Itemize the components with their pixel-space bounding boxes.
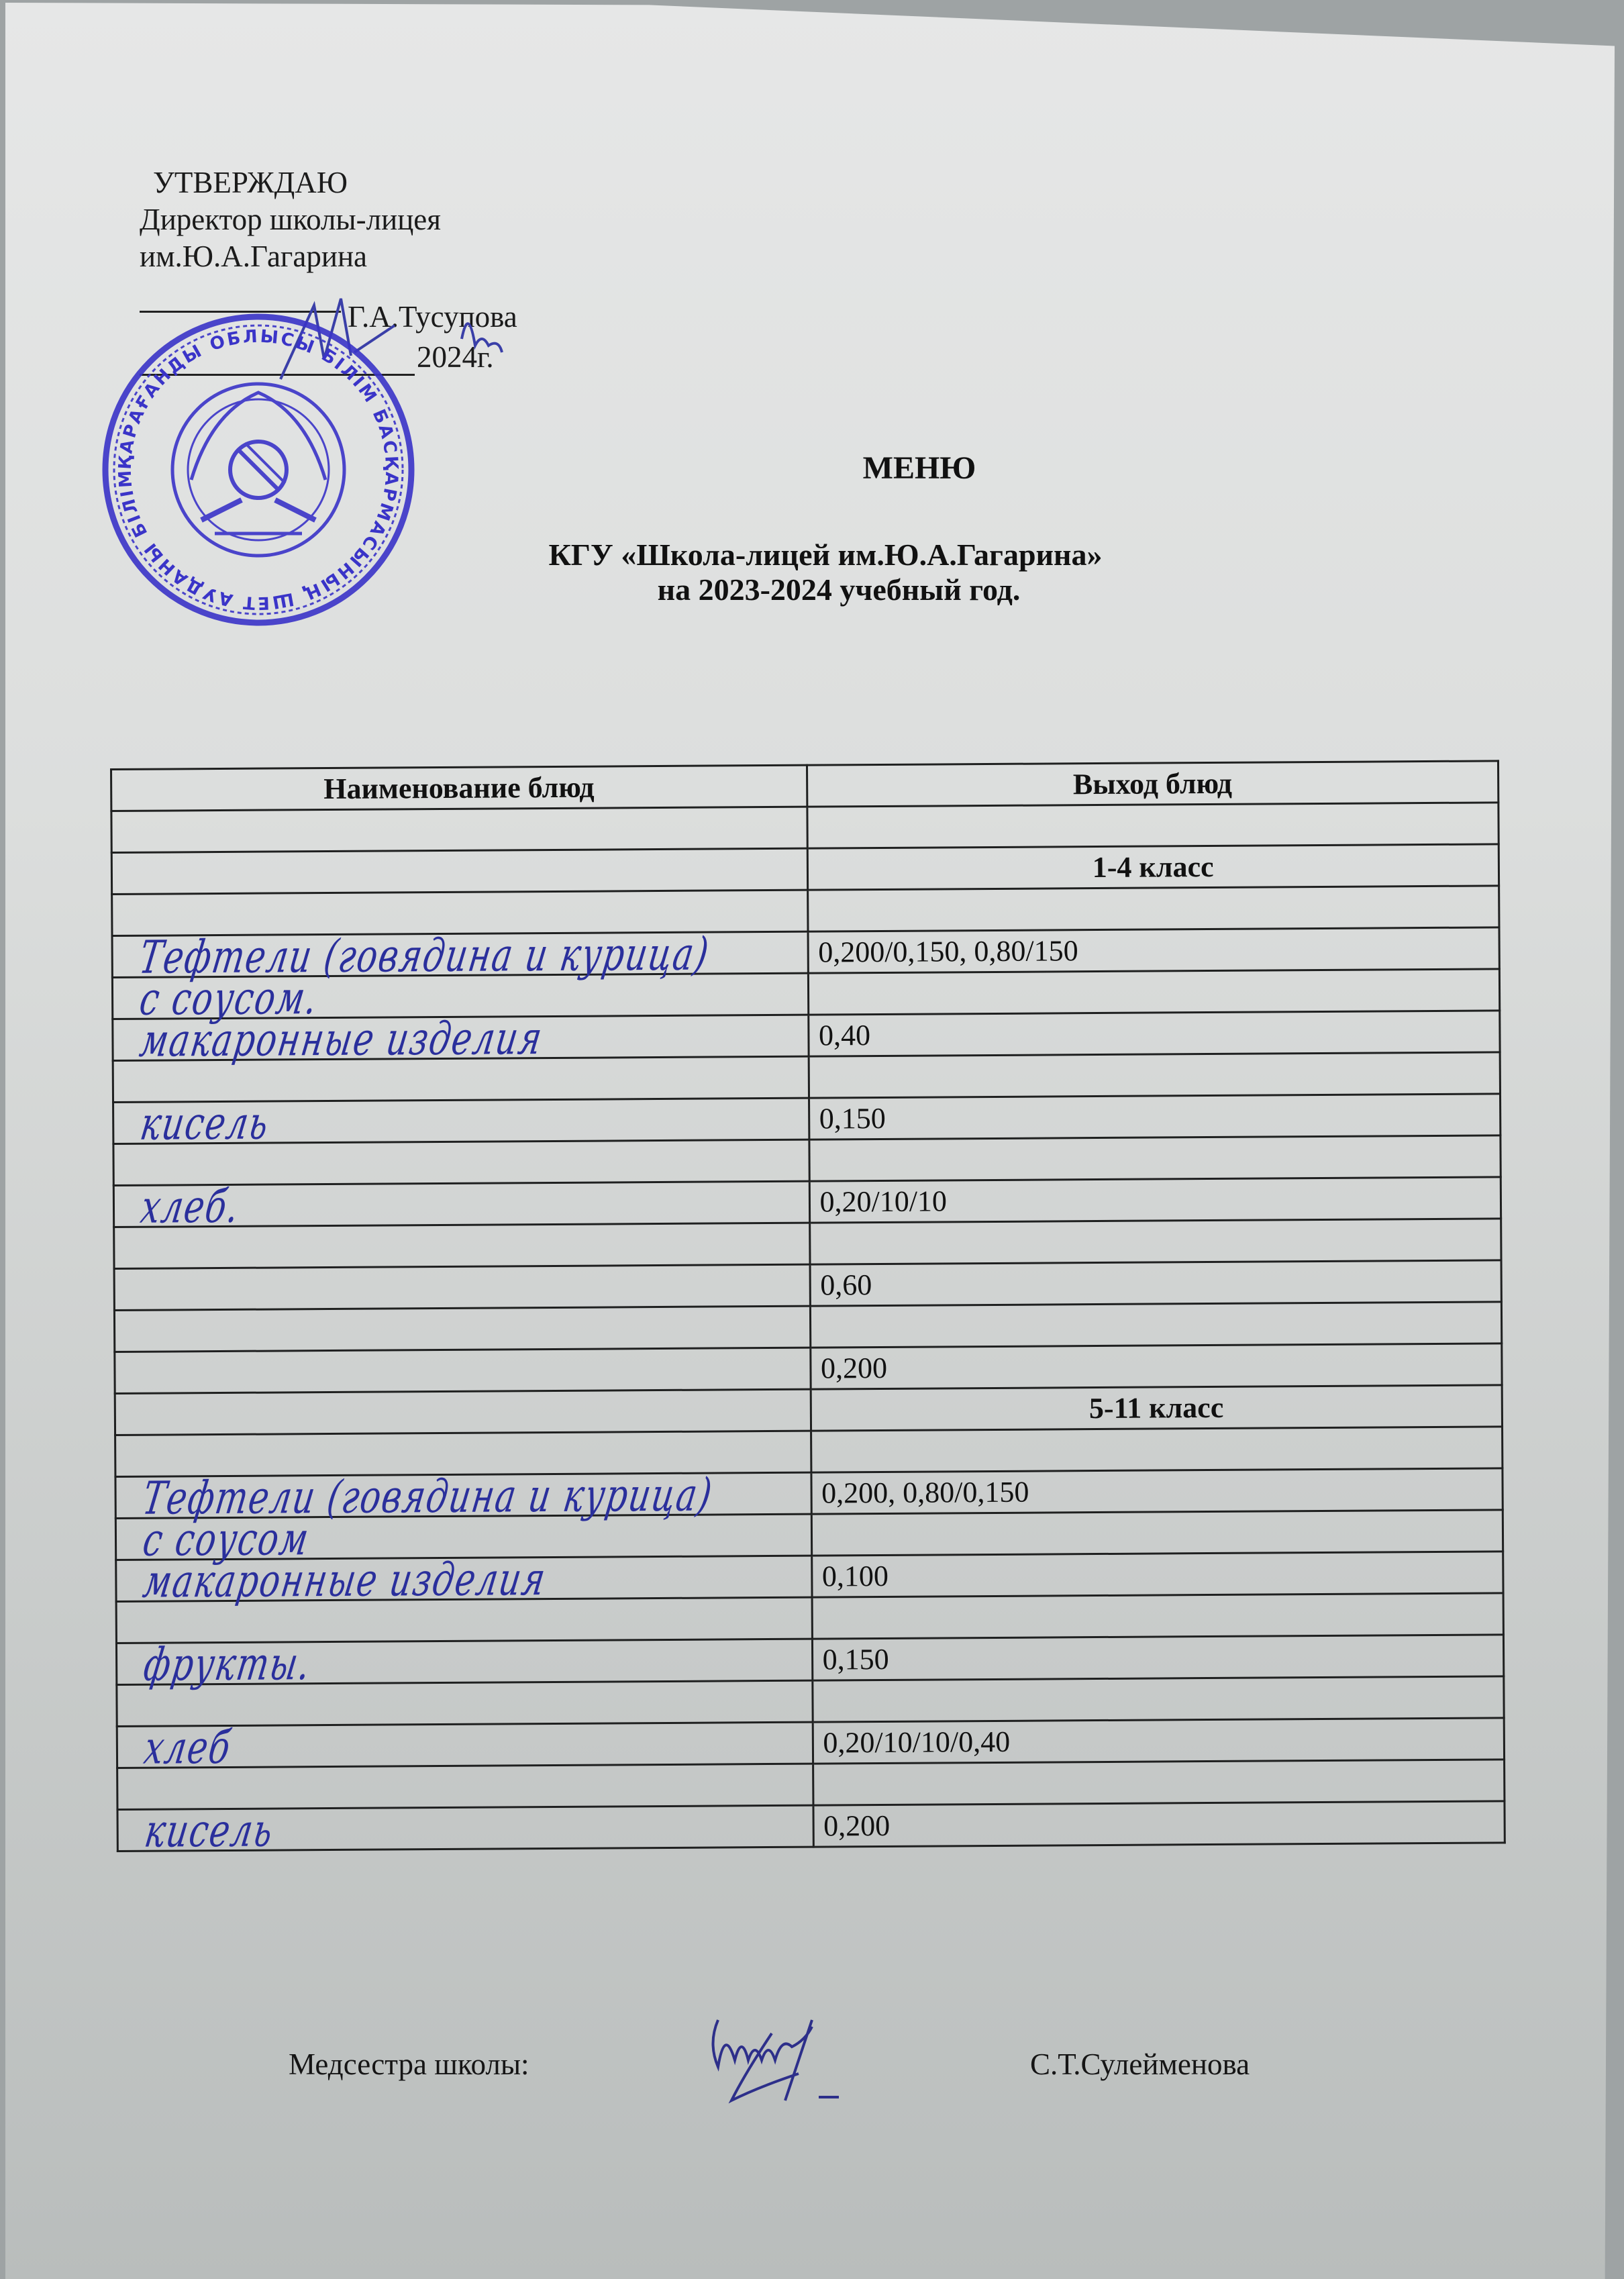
- dish-name-cell: кисель: [113, 1098, 809, 1144]
- dish-name-cell: хлеб.: [113, 1181, 809, 1227]
- portion-cell: [807, 886, 1499, 931]
- dish-name-cell: [111, 848, 807, 894]
- grade-group-label: 5-11 класс: [811, 1385, 1503, 1431]
- portion-cell: [808, 969, 1500, 1015]
- approval-heading: УТВЕРЖДАЮ: [140, 164, 441, 201]
- handwritten-dish-name: хлеб.: [138, 1180, 244, 1233]
- nurse-label: Медсестра школы:: [289, 2047, 529, 2082]
- approval-block: УТВЕРЖДАЮ Директор школы-лицея им.Ю.А.Га…: [140, 164, 441, 275]
- director-position-line2: им.Ю.А.Гагарина: [140, 238, 441, 275]
- portion-cell: [812, 1593, 1504, 1639]
- dish-name-cell: макаронные изделия: [116, 1556, 812, 1601]
- portion-cell: 0,20/10/10: [809, 1177, 1501, 1223]
- menu-table: Наименование блюд Выход блюд 1-4 классТе…: [110, 760, 1506, 1852]
- column-header-dish-name: Наименование блюд: [111, 765, 807, 811]
- portion-cell: [811, 1510, 1503, 1556]
- dish-name-cell: [113, 1056, 809, 1102]
- dish-name-cell: [115, 1389, 811, 1435]
- portion-cell: [807, 803, 1499, 848]
- portion-cell: 0,200: [810, 1344, 1502, 1389]
- dish-name-cell: Тефтели (говядина и курица): [115, 1472, 811, 1518]
- portion-cell: 0,200: [813, 1801, 1505, 1847]
- dish-name-cell: [114, 1223, 810, 1268]
- portion-cell: 0,40: [808, 1011, 1500, 1056]
- portion-cell: [809, 1219, 1501, 1264]
- portion-cell: 0,60: [810, 1260, 1502, 1306]
- dish-name-cell: макаронные изделия: [113, 1015, 809, 1060]
- portion-cell: [809, 1135, 1501, 1181]
- dish-name-cell: Тефтели (говядина и курица): [112, 931, 808, 977]
- dish-name-cell: [111, 807, 807, 852]
- portion-cell: 0,150: [812, 1635, 1504, 1680]
- director-position-line1: Директор школы-лицея: [140, 201, 441, 238]
- grade-group-label: 1-4 класс: [807, 844, 1499, 890]
- dish-name-cell: кисель: [117, 1805, 813, 1851]
- dish-name-cell: хлеб: [117, 1722, 813, 1768]
- document-title: МЕНЮ: [107, 450, 1624, 487]
- dish-name-cell: [116, 1597, 812, 1643]
- dish-name-cell: [115, 1348, 811, 1393]
- dish-name-cell: [117, 1764, 813, 1809]
- column-header-portion: Выход блюд: [807, 761, 1499, 807]
- portion-cell: 0,150: [809, 1094, 1501, 1139]
- portion-cell: 0,100: [811, 1552, 1503, 1597]
- handwritten-dish-name: кисель: [137, 1097, 273, 1150]
- dish-name-cell: [117, 1680, 813, 1726]
- academic-year: на 2023-2024 учебный год.: [27, 572, 1624, 607]
- dish-name-cell: [113, 1139, 809, 1185]
- portion-cell: [811, 1427, 1503, 1472]
- organization-name: КГУ «Школа-лицей им.Ю.А.Гагарина»: [13, 537, 1624, 572]
- dish-name-cell: [114, 1306, 810, 1352]
- table-row: кисель0,200: [117, 1801, 1505, 1852]
- portion-cell: [809, 1052, 1501, 1098]
- nurse-signature-icon: [671, 1993, 986, 2107]
- portion-cell: 0,200/0,150, 0,80/150: [808, 927, 1500, 973]
- nurse-name: С.Т.Сулейменова: [1030, 2047, 1250, 2082]
- handwritten-dish-name: хлеб: [141, 1721, 235, 1774]
- portion-cell: [813, 1760, 1505, 1805]
- dish-name-cell: [114, 1264, 810, 1310]
- portion-cell: 0,20/10/10/0,40: [813, 1718, 1505, 1764]
- dish-name-cell: фрукты.: [116, 1639, 812, 1684]
- handwritten-dish-name: кисель: [142, 1804, 278, 1858]
- portion-cell: [812, 1676, 1504, 1722]
- portion-cell: 0,200, 0,80/0,150: [811, 1468, 1503, 1514]
- portion-cell: [810, 1302, 1502, 1348]
